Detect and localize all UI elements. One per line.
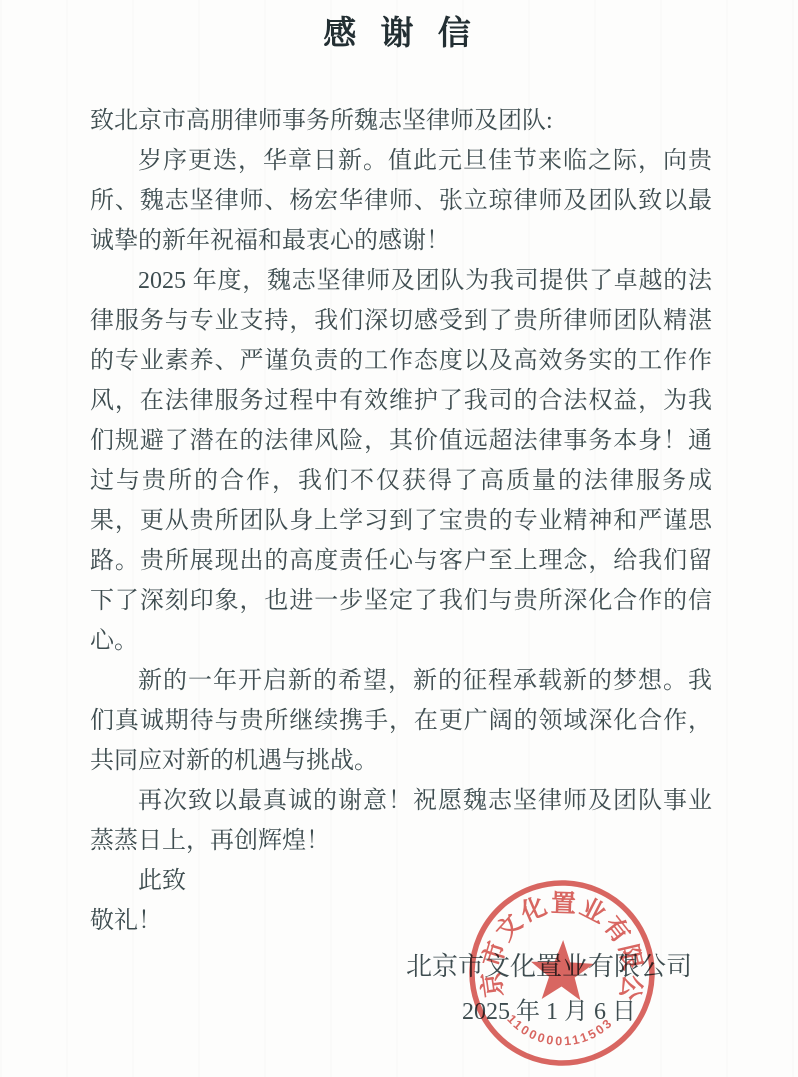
paragraph-future-cooperation: 新的一年开启新的希望，新的征程承载新的梦想。我们真诚期待与贵所继续携手，在更广阔… [90, 661, 712, 781]
letter-page: 感 谢 信 致北京市高朋律师事务所魏志坚律师及团队: 岁序更迭，华章日新。值此元… [0, 0, 798, 1077]
salutation: 致北京市高朋律师事务所魏志坚律师及团队: [90, 101, 712, 141]
letter-title: 感 谢 信 [0, 14, 798, 54]
paragraph-new-year-greeting: 岁序更迭，华章日新。值此元旦佳节来临之际，向贵所、魏志坚律师、杨宏华律师、张立琼… [90, 141, 712, 261]
paragraph-service-review: 2025 年度，魏志坚律师及团队为我司提供了卓越的法律服务与专业支持，我们深切感… [90, 261, 712, 661]
seal-serial-number: 1100000111503 [503, 1012, 616, 1051]
company-seal-stamp-icon: 北京市文化置业有限公司 1100000111503 [457, 868, 668, 1077]
paragraph-final-thanks: 再次致以最真诚的谢意！祝愿魏志坚律师及团队事业蒸蒸日上，再创辉煌！ [90, 781, 712, 861]
letter-body: 致北京市高朋律师事务所魏志坚律师及团队: 岁序更迭，华章日新。值此元旦佳节来临之… [90, 101, 712, 941]
seal-star-icon [530, 939, 595, 1001]
